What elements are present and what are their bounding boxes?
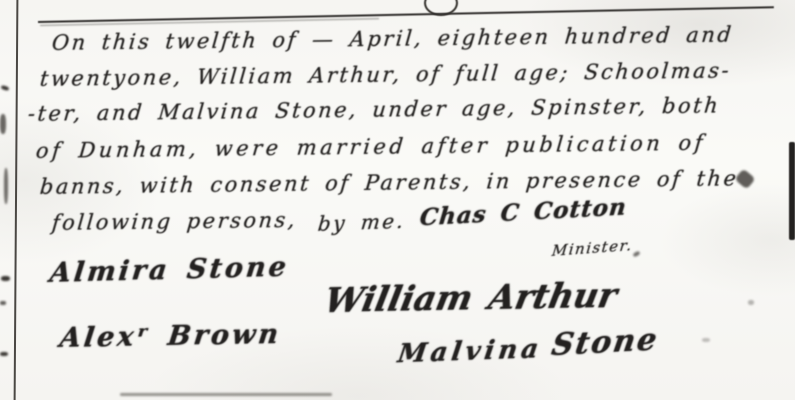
groom-signature: William Arthur — [321, 276, 620, 321]
officiant-title: Minister. — [551, 236, 634, 260]
ink-speck — [702, 338, 710, 342]
top-rule-line — [38, 6, 774, 23]
ink-speck — [748, 300, 754, 305]
record-line-2: twentyone, William Arthur, of full age; … — [39, 59, 732, 91]
officiant-signature: Chas C Cotton — [419, 193, 629, 231]
bride-signature-first-name: Malvina — [396, 334, 544, 369]
record-line-4: of Dunham, were married after publicatio… — [35, 131, 707, 163]
record-line-6: following persons, — [51, 208, 298, 235]
attestation-phrase: by me. — [317, 209, 407, 236]
witness-signature-alexr-brown: Alexʳ Brown — [58, 319, 283, 354]
record-line-5: banns, with consent of Parents, in prese… — [39, 166, 740, 199]
scan-edge-artifact — [789, 142, 795, 240]
ink-bleed-mark — [4, 168, 8, 204]
ink-bleed-mark — [0, 114, 6, 134]
ink-bleed-mark — [0, 301, 6, 305]
ink-bleed-mark — [1, 85, 10, 91]
record-line-1: On this twelfth of — April, eighteen hun… — [51, 23, 735, 55]
bride-signature-last-name: Stone — [549, 322, 661, 363]
ink-bleed-mark — [0, 352, 8, 356]
register-scan-page: On this twelfth of — April, eighteen hun… — [0, 0, 795, 400]
ink-bleed-mark — [1, 276, 10, 281]
witness-signature-almira-stone: Almira Stone — [48, 252, 290, 289]
ink-speck — [632, 251, 640, 258]
left-margin-line — [14, 0, 19, 400]
record-line-3: -ter, and Malvina Stone, under age, Spin… — [27, 94, 721, 126]
bottom-rule-fragment — [120, 393, 332, 396]
